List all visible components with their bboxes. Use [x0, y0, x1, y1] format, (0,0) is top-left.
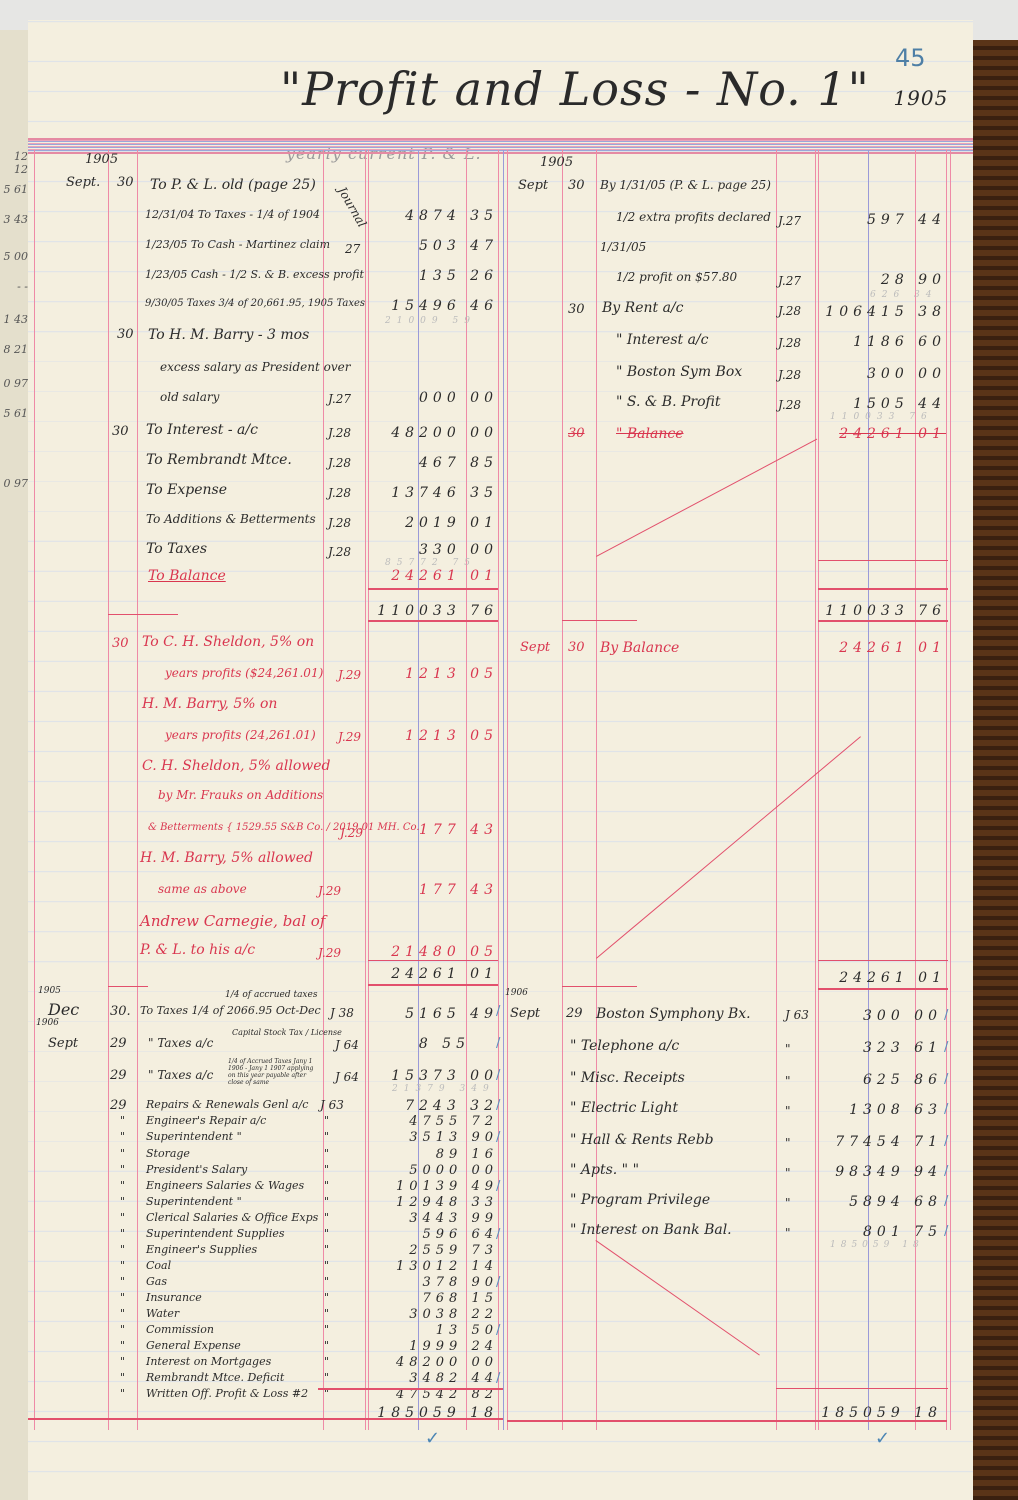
entry-description: Storage [146, 1147, 190, 1160]
entry-amount: 12948 33 [370, 1195, 498, 1210]
entry-description: Written Off. Profit & Loss #2 [146, 1387, 308, 1400]
closing-rule [562, 620, 637, 621]
entry-amount: 7243 32 [370, 1098, 498, 1114]
entry-day: " [120, 1355, 125, 1368]
entry-amount: 5000 00 [370, 1163, 498, 1178]
entry-amount: 2559 73 [370, 1243, 498, 1258]
total-rule [368, 588, 498, 590]
column-rule [507, 150, 508, 1430]
pencil-subtotal: 85772 75 [385, 558, 476, 568]
entry-folio: " [324, 1130, 329, 1143]
pencil-subtotal: 110033 76 [830, 412, 933, 422]
entry-day: 29 [110, 1098, 127, 1113]
entry-folio: J.28 [778, 336, 801, 350]
tick-mark-icon: / [944, 1072, 948, 1087]
entry-day: 30 [112, 424, 129, 439]
entry-description: " Telephone a/c [570, 1038, 679, 1054]
entry-folio: J.28 [328, 456, 351, 470]
entry-folio: " [785, 1166, 791, 1180]
entry-description: 1/31/05 [600, 240, 646, 254]
entry-amount: 300 00 [820, 1008, 942, 1024]
column-rule [137, 150, 138, 1430]
entry-amount: 596 64 [370, 1227, 498, 1242]
entry-amount: 15373 00 [370, 1068, 498, 1084]
entry-description: To Additions & Betterments [146, 512, 316, 526]
entry-folio: J.28 [328, 426, 351, 440]
year-label: 1905 [85, 152, 118, 167]
entry-day: 30 [112, 636, 129, 651]
total-rule [368, 984, 498, 986]
entry-day: " [120, 1371, 125, 1384]
entry-amount: 13012 14 [370, 1259, 498, 1274]
section-total: 110033 76 [370, 603, 498, 619]
tick-mark-icon: / [944, 1224, 948, 1239]
entry-folio: " [324, 1195, 329, 1208]
entry-year: 1906 [505, 988, 528, 998]
entry-description: H. M. Barry, 5% allowed [140, 850, 313, 866]
entry-folio: " [324, 1371, 329, 1384]
entry-folio: J.28 [328, 516, 351, 530]
entry-description: " Interest a/c [616, 332, 709, 348]
pencil-subtotal: 21009 59 [385, 316, 476, 326]
entry-amount: 1186 60 [820, 334, 946, 350]
pencil-subtotal: 21379 349 [392, 1084, 495, 1094]
column-rule-blue [503, 150, 504, 1430]
entry-day: " [120, 1323, 125, 1336]
entry-day: " [120, 1291, 125, 1304]
year-label: 1905 [540, 155, 573, 170]
struck-balance-entry: " Balance [616, 426, 684, 442]
column-rule [108, 150, 109, 1430]
entry-amount: 77454 71 [820, 1134, 942, 1150]
entry-description: To Rembrandt Mtce. [146, 452, 292, 468]
entry-amount: 597 44 [820, 212, 946, 228]
entry-amount: 3513 90 [370, 1130, 498, 1145]
entry-day: 30 [568, 302, 585, 317]
entry-description: To Taxes 1/4 of 2066.95 Oct-Dec [140, 1004, 321, 1017]
entry-folio: J.28 [328, 486, 351, 500]
entry-day: " [120, 1211, 125, 1224]
entry-description: excess salary as President over [160, 360, 350, 374]
entry-folio: J.29 [338, 730, 361, 744]
entry-folio: J.29 [318, 946, 341, 960]
entry-day: " [120, 1307, 125, 1320]
entry-day: 30 [117, 327, 134, 342]
entry-folio: " [324, 1339, 329, 1352]
total-rule [818, 588, 948, 590]
entry-description: 1/2 profit on $57.80 [616, 270, 737, 284]
entry-description: Superintendent " [146, 1130, 242, 1143]
section-total: 110033 76 [820, 603, 946, 619]
entry-description: Boston Symphony Bx. [596, 1006, 751, 1022]
entry-folio: J.29 [318, 884, 341, 898]
entry-description: 9/30/05 Taxes 3/4 of 20,661.95, 1905 Tax… [145, 298, 365, 309]
entry-description: Andrew Carnegie, bal of [140, 912, 325, 930]
book-spine [973, 40, 1018, 1500]
entry-day: 30. [110, 1004, 131, 1019]
closing-rule [562, 986, 637, 987]
entry-day: " [120, 1130, 125, 1143]
entry-amount: 1308 63 [820, 1102, 942, 1118]
entry-folio: J.29 [340, 826, 363, 840]
pencil-subtotal: 626 34 [870, 290, 938, 300]
balance-amount: 24261 01 [370, 568, 498, 584]
entry-description: " Apts. " " [570, 1162, 639, 1178]
margin-figure: 3 43 [0, 213, 28, 226]
entry-amount: 4874 35 [370, 208, 498, 224]
entry-description: Engineer's Repair a/c [146, 1114, 266, 1127]
entry-folio: " [324, 1147, 329, 1160]
margin-figure: 5 61 [0, 183, 28, 196]
entry-description: To H. M. Barry - 3 mos [148, 327, 309, 343]
entry-folio: J 38 [330, 1006, 354, 1020]
entry-month: Sept [48, 1036, 78, 1051]
entry-folio: J.29 [338, 668, 361, 682]
entry-folio: " [785, 1074, 791, 1088]
entry-description: By Rent a/c [602, 300, 683, 316]
entry-month: Sept [510, 1006, 540, 1021]
entry-description: Superintendent " [146, 1195, 242, 1208]
tick-mark-icon: / [496, 1323, 500, 1338]
entry-amount: 1505 44 [820, 396, 946, 412]
section-total: 24261 01 [820, 970, 946, 986]
entry-day: " [120, 1275, 125, 1288]
entry-description: 1/2 extra profits declared [616, 210, 771, 224]
tick-mark-icon: / [496, 1227, 500, 1242]
entry-day: " [120, 1179, 125, 1192]
entry-amount: 98349 94 [820, 1164, 942, 1180]
entry-amount: 24261 01 [820, 640, 946, 656]
entry-description: Insurance [146, 1291, 202, 1304]
closing-rule [108, 986, 148, 987]
balance-entry: To Balance [148, 568, 226, 584]
entry-amount: 330 00 [370, 542, 498, 558]
entry-day: " [120, 1243, 125, 1256]
entry-amount: 28 90 [820, 272, 946, 288]
tick-mark-icon: / [496, 1179, 500, 1194]
entry-amount: 5165 49 [370, 1006, 498, 1022]
entry-description: President's Salary [146, 1163, 247, 1176]
entry-description: " Hall & Rents Rebb [570, 1132, 714, 1148]
entry-day: " [120, 1387, 125, 1400]
entry-description: Water [146, 1307, 179, 1320]
entry-amount: 1213 05 [370, 728, 498, 744]
entry-folio: J 64 [335, 1070, 359, 1084]
entry-amount: 106415 38 [820, 304, 946, 320]
tick-mark-icon: / [944, 1164, 948, 1179]
entry-description: To Taxes [146, 541, 207, 557]
entry-folio: " [324, 1323, 329, 1336]
tick-mark-icon: / [944, 1008, 948, 1023]
entry-description: To C. H. Sheldon, 5% on [142, 634, 314, 650]
entry-description: Coal [146, 1259, 171, 1272]
entry-amount: 801 75 [820, 1224, 942, 1240]
page-number: 45 [895, 44, 926, 72]
entry-amount: 503 47 [370, 238, 498, 254]
total-rule [818, 960, 948, 961]
entry-folio: J.27 [778, 274, 801, 288]
entry-amount: 177 43 [370, 882, 498, 898]
entry-description: To P. & L. old (page 25) [150, 177, 316, 193]
entry-year: 1905 [38, 986, 61, 996]
entry-amount: 13 50 [370, 1323, 498, 1338]
check-mark-icon: ✓ [425, 1428, 440, 1449]
entry-amount: 21480 05 [370, 944, 498, 960]
margin-figure: 0 97 [0, 377, 28, 390]
entry-folio: J.27 [778, 214, 801, 228]
entry-description: 12/31/04 To Taxes - 1/4 of 1904 [145, 208, 320, 221]
entry-amount: 768 15 [370, 1291, 498, 1306]
entry-folio: " [785, 1042, 791, 1056]
entry-description: years profits (24,261.01) [165, 728, 316, 742]
entry-folio: J.28 [328, 545, 351, 559]
total-rule [28, 1418, 503, 1420]
entry-day: 30 [117, 175, 134, 190]
entry-amount: 300 00 [820, 366, 946, 382]
entry-day: 30 [568, 178, 585, 193]
title-text: "Profit and Loss - No. 1" [280, 62, 870, 116]
entry-description: " Boston Sym Box [616, 364, 742, 380]
total-rule [818, 988, 948, 990]
tick-mark-icon: / [496, 1036, 500, 1051]
entry-description: " S. & B. Profit [616, 394, 721, 410]
entry-amount: 48200 00 [370, 1355, 498, 1370]
entry-day: " [120, 1147, 125, 1160]
entry-folio: " [324, 1275, 329, 1288]
section-total: 24261 01 [370, 966, 498, 982]
total-rule [776, 1388, 948, 1389]
entry-folio: J 64 [335, 1038, 359, 1052]
entry-folio: " [324, 1243, 329, 1256]
entry-amount: 1999 24 [370, 1339, 498, 1354]
entry-day: 30 [568, 640, 585, 655]
closing-rule [108, 614, 178, 615]
entry-description: Rembrandt Mtce. Deficit [146, 1371, 284, 1384]
entry-description: Superintendent Supplies [146, 1227, 285, 1240]
entry-folio: " [324, 1291, 329, 1304]
entry-note: 1/4 of Accrued Taxes Jany 1 1906 - Jany … [228, 1058, 320, 1086]
entry-day: " [120, 1195, 125, 1208]
entry-folio: " [785, 1104, 791, 1118]
entry-folio: J.27 [328, 392, 351, 406]
entry-description: C. H. Sheldon, 5% allowed [142, 758, 331, 774]
entry-description: same as above [158, 882, 247, 896]
total-rule [368, 960, 498, 961]
column-rule [34, 150, 35, 1430]
entry-amount: 10139 49 [370, 1179, 498, 1194]
column-rule [365, 150, 366, 1430]
entry-folio: " [785, 1226, 791, 1240]
entry-folio: " [324, 1307, 329, 1320]
margin-figure: 12 12 [0, 150, 28, 176]
entry-amount: 2019 01 [370, 515, 498, 531]
margin-figure: 8 21 [0, 343, 28, 356]
column-rule [596, 150, 597, 1430]
entry-folio: J 63 [785, 1008, 809, 1022]
entry-month: Dec [48, 1000, 79, 1019]
tick-mark-icon: / [496, 1004, 500, 1019]
entry-amount: 5894 68 [820, 1194, 942, 1210]
entry-description: Engineers Salaries & Wages [146, 1179, 304, 1192]
entry-description: by Mr. Frauks on Additions [158, 788, 323, 802]
header-rule [28, 138, 973, 154]
column-rule [815, 150, 816, 1430]
entry-note: Capital Stock Tax / License [232, 1028, 342, 1037]
title-year: 1905 [893, 86, 948, 110]
tick-mark-icon: / [496, 1098, 500, 1113]
tick-mark-icon: / [944, 1134, 948, 1149]
entry-description: Repairs & Renewals Genl a/c [146, 1098, 308, 1111]
previous-page-edge: 12 12 5 61 3 43 5 00 - - 1 43 8 21 0 97 … [0, 30, 29, 1500]
entry-amount: 3482 44 [370, 1371, 498, 1386]
entry-folio: " [785, 1136, 791, 1150]
tick-mark-icon: / [496, 1275, 500, 1290]
entry-amount: 13746 35 [370, 485, 498, 501]
entry-amount: 4755 72 [370, 1114, 498, 1129]
entry-folio: " [324, 1227, 329, 1240]
entry-description: " Program Privilege [570, 1192, 710, 1208]
entry-description: Gas [146, 1275, 167, 1288]
entry-amount: 1213 05 [370, 666, 498, 682]
entry-folio: " [324, 1114, 329, 1127]
entry-folio: J.28 [778, 398, 801, 412]
entry-note: 1/4 of accrued taxes [225, 990, 317, 1000]
tick-mark-icon: / [496, 1068, 500, 1083]
entry-amount: 3443 99 [370, 1211, 498, 1226]
entry-folio: " [324, 1355, 329, 1368]
total-rule [818, 560, 948, 561]
entry-folio: J.28 [778, 304, 801, 318]
entry-month: Sept [520, 640, 550, 655]
entry-day: 29 [110, 1036, 127, 1051]
entry-folio: " [324, 1179, 329, 1192]
entry-description: 1/23/05 To Cash - Martinez claim [145, 238, 330, 251]
entry-description: " Misc. Receipts [570, 1070, 685, 1086]
entry-day: 30 [568, 426, 585, 441]
total-rule [818, 620, 948, 622]
entry-month: Sept [518, 178, 548, 193]
entry-description: By Balance [600, 640, 679, 656]
tick-mark-icon: / [944, 1194, 948, 1209]
entry-description: " Electric Light [570, 1100, 678, 1116]
entry-folio: " [324, 1211, 329, 1224]
entry-folio: " [324, 1259, 329, 1272]
entry-amount: 000 00 [370, 390, 498, 406]
entry-amount: 48200 00 [370, 425, 498, 441]
entry-description: To Interest - a/c [146, 422, 258, 438]
entry-amount: 378 90 [370, 1275, 498, 1290]
entry-description: 1/23/05 Cash - 1/2 S. & B. excess profit [145, 268, 364, 281]
entry-amount: 467 85 [370, 455, 498, 471]
total-rule [318, 1388, 503, 1390]
column-rule [818, 150, 819, 1430]
entry-amount: 625 86 [820, 1072, 942, 1088]
entry-amount: 3038 22 [370, 1307, 498, 1322]
column-rule [776, 150, 777, 1430]
entry-folio: J 63 [320, 1098, 344, 1112]
entry-description: H. M. Barry, 5% on [142, 696, 277, 712]
tick-mark-icon: / [944, 1102, 948, 1117]
entry-description: " Interest on Bank Bal. [570, 1222, 732, 1238]
entry-amount: 15496 46 [370, 298, 498, 314]
entry-folio: " [324, 1163, 329, 1176]
entry-day: " [120, 1339, 125, 1352]
entry-description: " Taxes a/c [148, 1068, 213, 1082]
tick-mark-icon: / [944, 1040, 948, 1055]
tick-mark-icon: / [496, 1130, 500, 1145]
entry-day: " [120, 1114, 125, 1127]
entry-month: Sept. [66, 175, 100, 190]
entry-description: To Expense [146, 482, 227, 498]
margin-figure: 0 97 [0, 477, 28, 490]
entry-day: " [120, 1259, 125, 1272]
total-rule [507, 1420, 947, 1422]
entry-amount: 323 61 [820, 1040, 942, 1056]
entry-day: 29 [566, 1006, 583, 1021]
entry-amount: 135 26 [370, 268, 498, 284]
entry-day: " [120, 1163, 125, 1176]
entry-description: years profits ($24,261.01) [165, 666, 323, 680]
entry-amount: 177 43 [370, 822, 498, 838]
pencil-subtotal: 185059 18 [830, 1240, 924, 1250]
margin-figure: - - [0, 280, 28, 293]
entry-description: P. & L. to his a/c [140, 942, 255, 958]
entry-description: old salary [160, 390, 219, 404]
entry-description: Clerical Salaries & Office Exps [146, 1211, 318, 1224]
entry-amount: 89 16 [370, 1147, 498, 1162]
entry-description: Interest on Mortgages [146, 1355, 271, 1368]
entry-day: " [120, 1227, 125, 1240]
entry-description: Commission [146, 1323, 214, 1336]
section-total: 185059 18 [820, 1405, 942, 1421]
entry-day: 29 [110, 1068, 127, 1083]
tick-mark-icon: / [496, 1371, 500, 1386]
entry-amount: 8 55 [370, 1036, 470, 1052]
entry-description: General Expense [146, 1339, 241, 1352]
check-mark-icon: ✓ [875, 1428, 890, 1449]
entry-folio: " [785, 1196, 791, 1210]
entry-folio: 27 [345, 242, 360, 256]
margin-figure: 5 61 [0, 407, 28, 420]
total-rule [368, 620, 498, 622]
column-rule [950, 150, 951, 1430]
entry-description: By 1/31/05 (P. & L. page 25) [600, 178, 771, 192]
margin-figure: 1 43 [0, 313, 28, 326]
entry-folio: J.28 [778, 368, 801, 382]
margin-figure: 5 00 [0, 250, 28, 263]
entry-description: Engineer's Supplies [146, 1243, 257, 1256]
entry-year: 1906 [36, 1018, 59, 1028]
column-rule [562, 150, 563, 1430]
entry-description: " Taxes a/c [148, 1036, 213, 1050]
column-rule [368, 150, 369, 1430]
struck-balance-amount: 24261 01 [820, 426, 946, 442]
